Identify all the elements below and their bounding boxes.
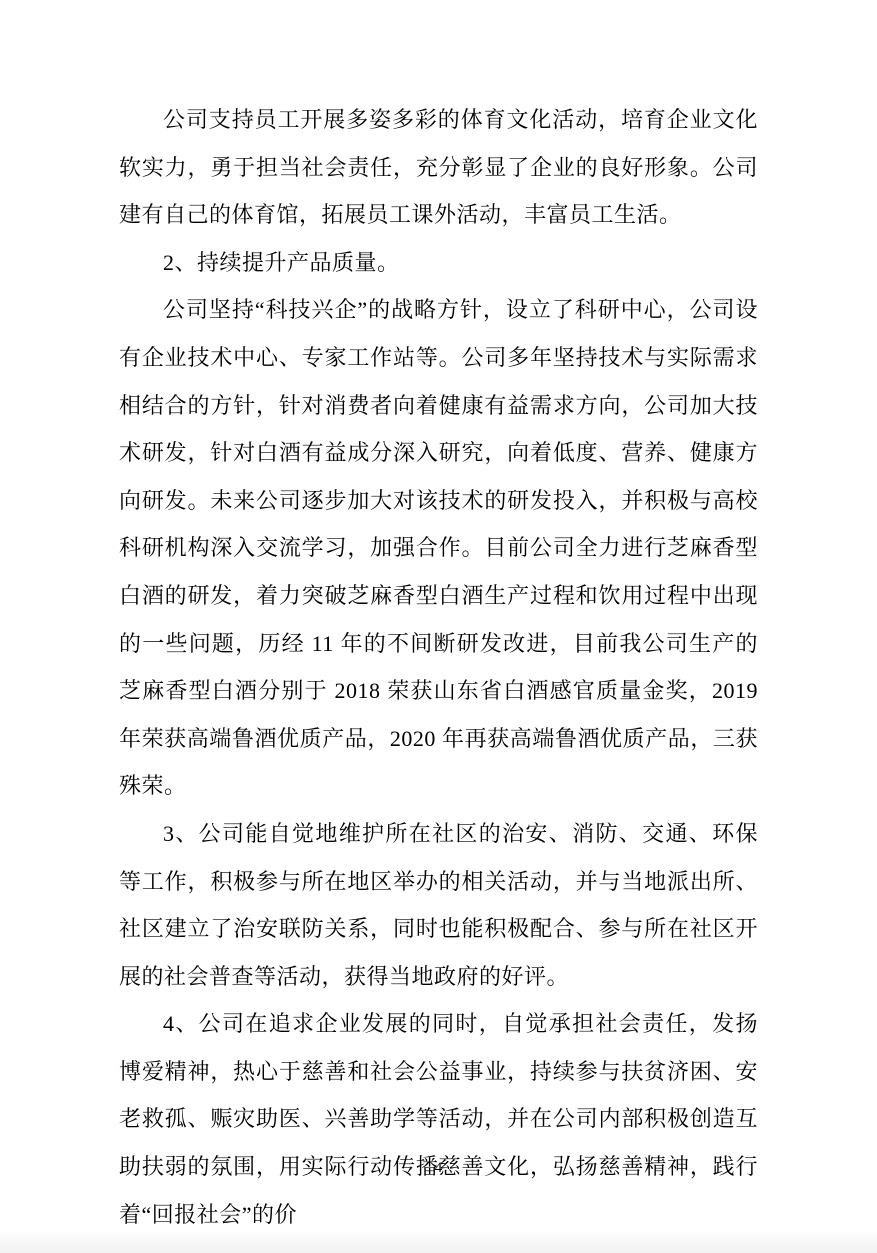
page-footer: 4 (0, 1156, 877, 1180)
paragraph-heading-product-quality: 2、持续提升产品质量。 (119, 239, 758, 287)
paragraph-sports-culture: 公司支持员工开展多姿多彩的体育文化活动，培育企业文化软实力，勇于担当社会责任，充… (119, 96, 758, 239)
document-page: 公司支持员工开展多姿多彩的体育文化活动，培育企业文化软实力，勇于担当社会责任，充… (0, 0, 877, 1253)
paragraph-social-responsibility: 4、公司在追求企业发展的同时，自觉承担社会责任，发扬博爱精神，热心于慈善和社会公… (119, 1000, 758, 1238)
paragraph-technology-research: 公司坚持“科技兴企”的战略方针，设立了科研中心，公司设有企业技术中心、专家工作站… (119, 286, 758, 810)
paragraph-community-work: 3、公司能自觉地维护所在社区的治安、消防、交通、环保等工作，积极参与所在地区举办… (119, 810, 758, 1000)
document-body: 公司支持员工开展多姿多彩的体育文化活动，培育企业文化软实力，勇于担当社会责任，充… (119, 96, 758, 1238)
page-number: 4 (435, 1160, 443, 1176)
